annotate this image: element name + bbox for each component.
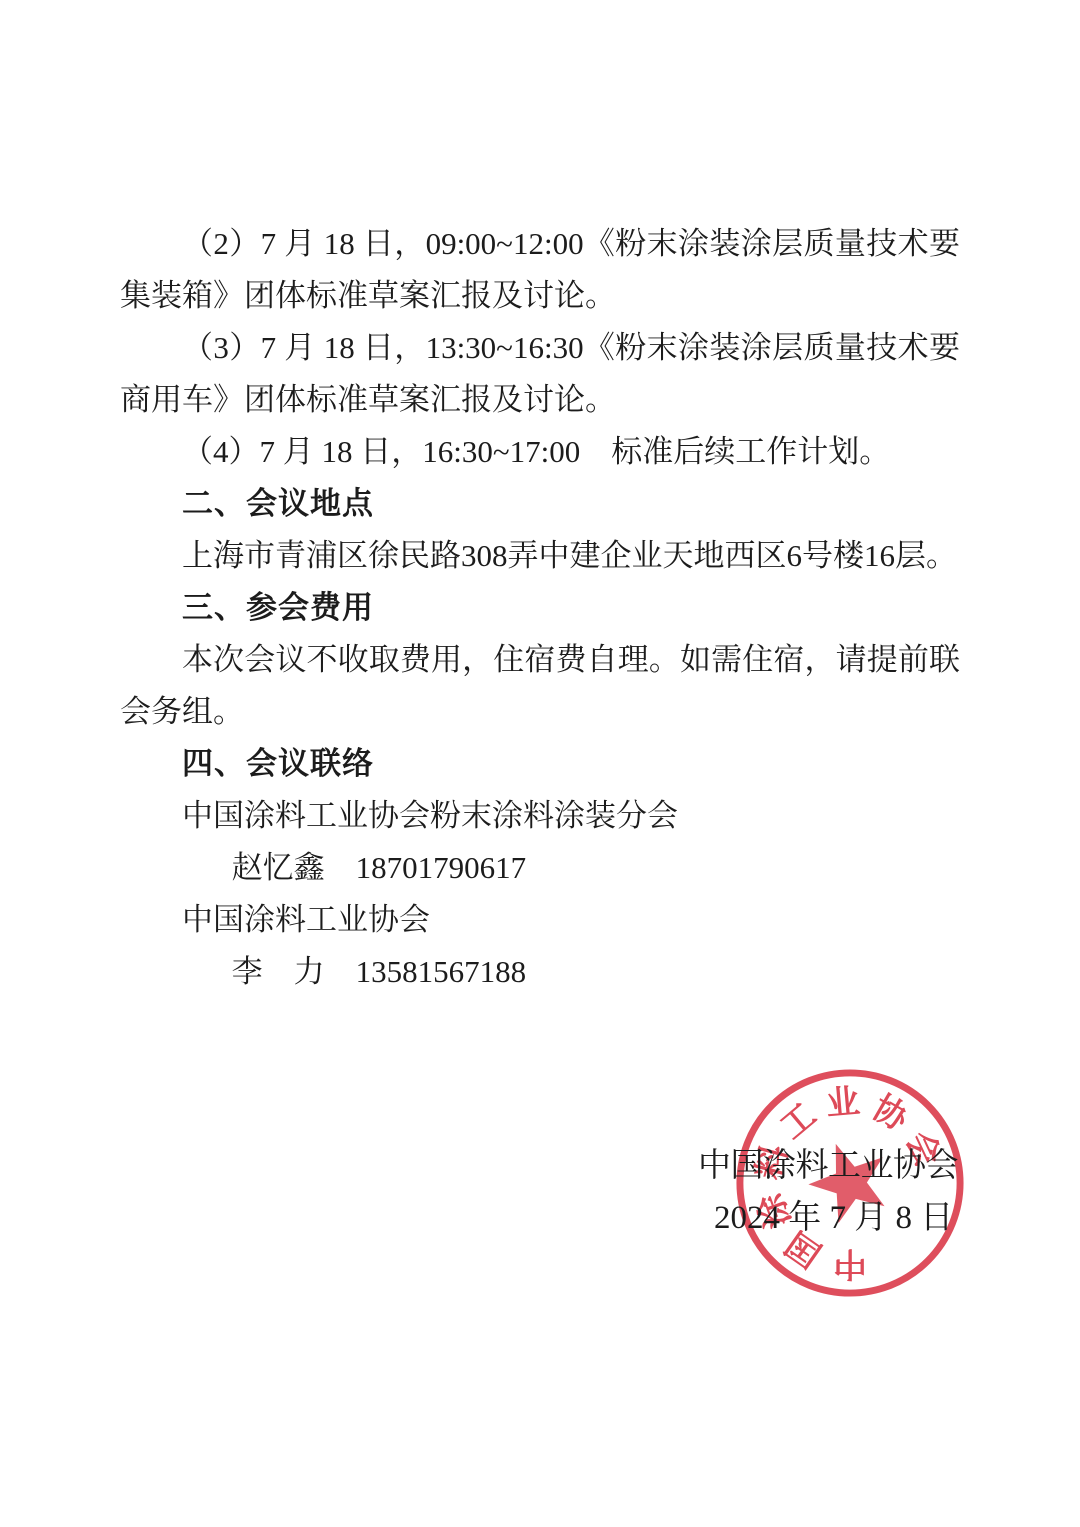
fee-note-line-1: 本次会议不收取费用，住宿费自理。如需住宿，请提前联系 [120, 634, 960, 686]
agenda-item-3-line-1: （3）7 月 18 日，13:30~16:30《粉末涂装涂层质量技术要求 [120, 322, 960, 374]
venue-address: 上海市青浦区徐民路308弄中建企业天地西区6号楼16层。 [120, 530, 960, 582]
contact-person-2: 李 力 13581567188 [120, 946, 960, 998]
fee-note-line-2: 会务组。 [120, 686, 960, 738]
section-heading-venue: 二、会议地点 [120, 478, 960, 530]
agenda-item-3-line-2: 商用车》团体标准草案汇报及讨论。 [120, 374, 960, 426]
agenda-item-4: （4）7 月 18 日，16:30~17:00 标准后续工作计划。 [120, 426, 960, 478]
agenda-item-2-line-1: （2）7 月 18 日，09:00~12:00《粉末涂装涂层质量技术要求 [120, 218, 960, 270]
section-heading-fee: 三、参会费用 [120, 582, 960, 634]
signature-date: 2024 年 7 月 8 日 [714, 1199, 953, 1237]
signature-organization: 中国涂料工业协会 [698, 1147, 958, 1185]
document-page: { "page": { "background": "#ffffff", "in… [0, 0, 1080, 1527]
seal-character: 协 [866, 1088, 915, 1138]
seal-character: 中 [833, 1244, 867, 1282]
contact-org-main: 中国涂料工业协会 [120, 894, 960, 946]
agenda-item-2-line-2: 集装箱》团体标准草案汇报及讨论。 [120, 270, 960, 322]
seal-character: 工 [774, 1097, 824, 1147]
contact-org-branch: 中国涂料工业协会粉末涂料涂装分会 [120, 790, 960, 842]
section-heading-contact: 四、会议联络 [120, 738, 960, 790]
seal-character: 业 [825, 1083, 862, 1123]
document-body: （2）7 月 18 日，09:00~12:00《粉末涂装涂层质量技术要求 集装箱… [120, 218, 960, 998]
contact-person-1: 赵忆鑫 18701790617 [120, 842, 960, 894]
